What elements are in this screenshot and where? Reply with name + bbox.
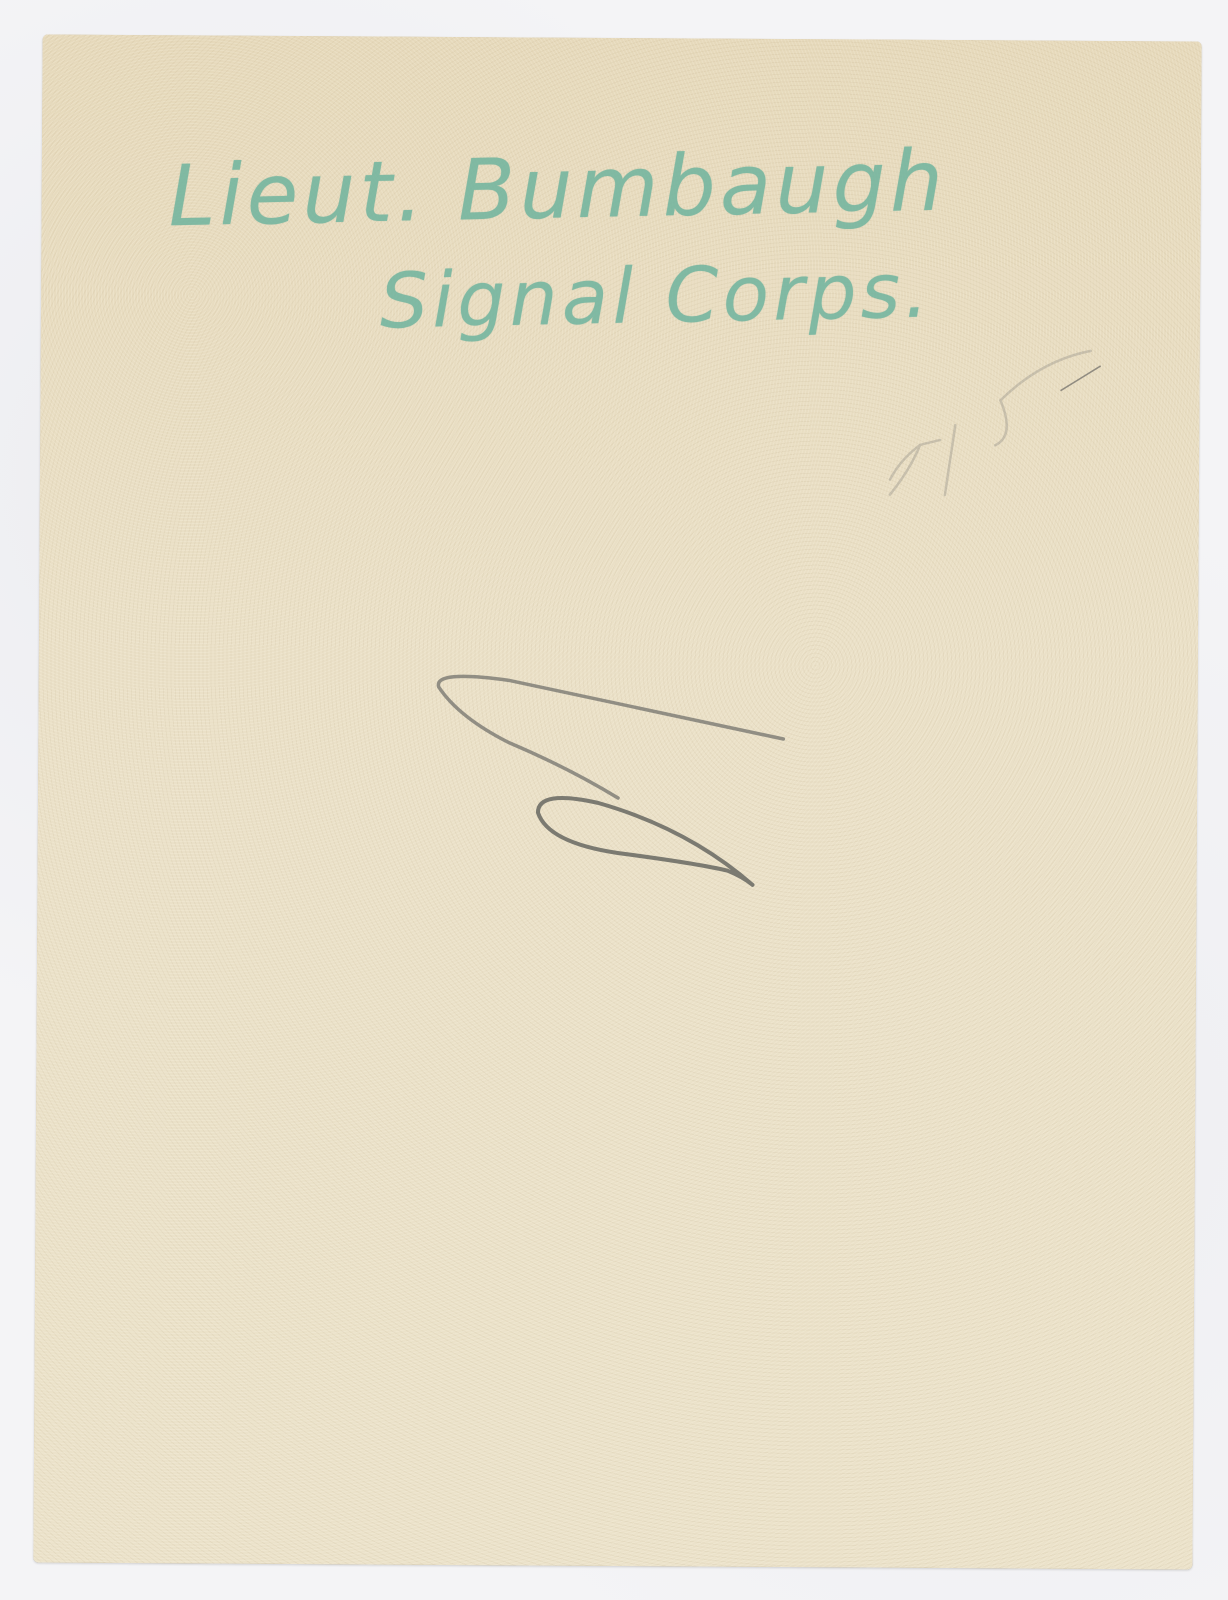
photo-card-back: Lieut. Bumbaugh Signal Corps. <box>33 34 1201 1569</box>
faint-pencil-number <box>890 350 1091 496</box>
inscription-name: Lieut. Bumbaugh <box>167 132 947 246</box>
pencil-loop-lower <box>538 798 754 885</box>
inscription-unit: Signal Corps. <box>379 245 933 345</box>
pencil-loop-upper <box>438 676 784 799</box>
pencil-stroke-mark <box>1061 366 1101 391</box>
